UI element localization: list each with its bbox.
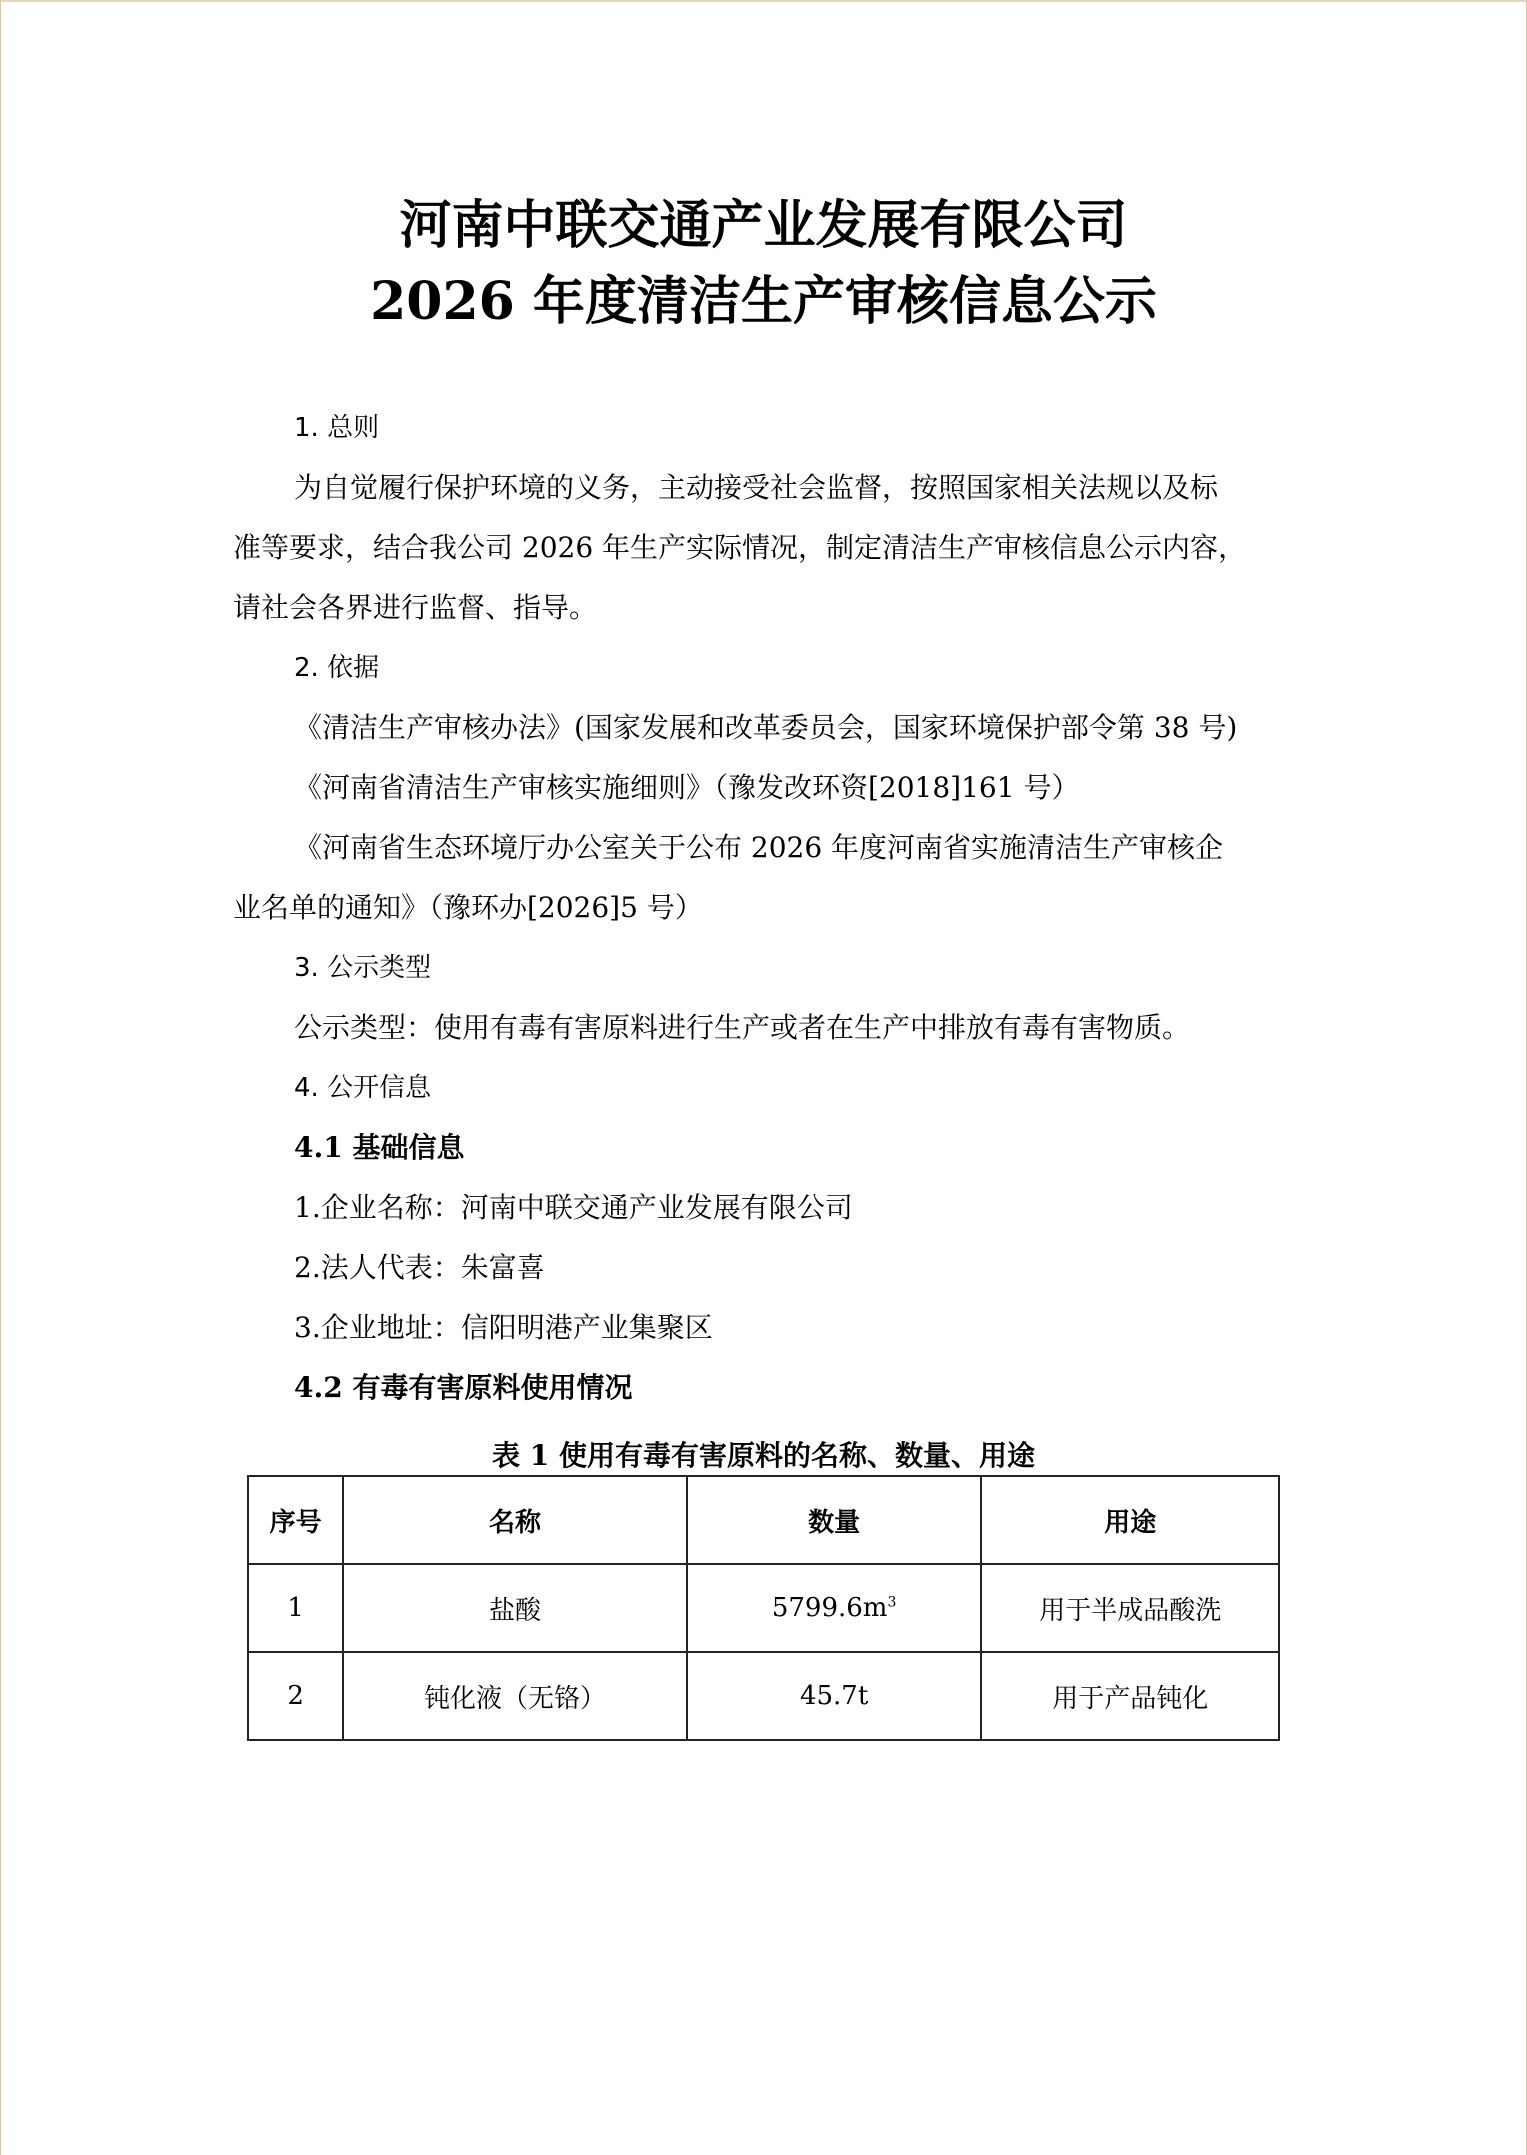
header-name: 名称 (343, 1476, 687, 1564)
quantity-value: 5799.6m (772, 1593, 888, 1623)
cell-use: 用于产品钝化 (981, 1652, 1279, 1740)
basis-item: 《河南省生态环境厅办公室关于公布 2026 年度河南省实施清洁生产审核企 (294, 830, 1354, 866)
basis-item-continued: 业名单的通知》（豫环办[2026]5 号） (233, 890, 1293, 926)
cell-no: 2 (248, 1652, 343, 1740)
table-row: 1 盐酸 5799.6m3 用于半成品酸洗 (248, 1564, 1279, 1652)
paragraph-general-line3: 请社会各界进行监督、指导。 (233, 590, 1293, 626)
basis-item: 《河南省清洁生产审核实施细则》（豫发改环资[2018]161 号） (294, 770, 1354, 806)
info-company-name: 1.企业名称：河南中联交通产业发展有限公司 (294, 1190, 1354, 1226)
header-no: 序号 (248, 1476, 343, 1564)
info-address: 3.企业地址：信阳明港产业集聚区 (294, 1310, 1354, 1346)
section-heading-public-info: 4. 公开信息 (294, 1070, 1354, 1106)
section-heading-basis: 2. 依据 (294, 650, 1354, 686)
paragraph-general-line2: 准等要求，结合我公司 2026 年生产实际情况，制定清洁生产审核信息公示内容， (233, 530, 1293, 566)
section-heading-type: 3. 公示类型 (294, 950, 1354, 986)
section-heading-general: 1. 总则 (294, 410, 1354, 446)
paragraph-type: 公示类型：使用有毒有害原料进行生产或者在生产中排放有毒有害物质。 (294, 1010, 1354, 1046)
cell-use: 用于半成品酸洗 (981, 1564, 1279, 1652)
header-quantity: 数量 (687, 1476, 982, 1564)
cell-name: 盐酸 (343, 1564, 687, 1652)
header-use: 用途 (981, 1476, 1279, 1564)
cell-quantity: 5799.6m3 (687, 1564, 982, 1652)
cell-quantity: 45.7t (687, 1652, 982, 1740)
table-header-row: 序号 名称 数量 用途 (248, 1476, 1279, 1564)
info-legal-rep: 2.法人代表：朱富喜 (294, 1250, 1354, 1286)
table-row: 2 钝化液（无铬） 45.7t 用于产品钝化 (248, 1652, 1279, 1740)
document-title-line2: 2026 年度清洁生产审核信息公示 (0, 272, 1527, 332)
subsection-heading-basic-info: 4.1 基础信息 (294, 1130, 1354, 1166)
basis-item: 《清洁生产审核办法》(国家发展和改革委员会，国家环境保护部令第 38 号) (294, 710, 1354, 746)
table-caption: 表 1 使用有毒有害原料的名称、数量、用途 (0, 1438, 1527, 1474)
quantity-value: 45.7t (800, 1681, 868, 1711)
quantity-superscript: 3 (887, 1594, 896, 1610)
cell-no: 1 (248, 1564, 343, 1652)
subsection-heading-toxic-materials: 4.2 有毒有害原料使用情况 (294, 1370, 1354, 1406)
toxic-materials-table: 序号 名称 数量 用途 1 盐酸 5799.6m3 用于半成品酸洗 2 钝化液（… (247, 1475, 1280, 1741)
cell-name: 钝化液（无铬） (343, 1652, 687, 1740)
document-title-line1: 河南中联交通产业发展有限公司 (0, 196, 1527, 256)
paragraph-general-line1: 为自觉履行保护环境的义务，主动接受社会监督，按照国家相关法规以及标 (294, 470, 1354, 506)
